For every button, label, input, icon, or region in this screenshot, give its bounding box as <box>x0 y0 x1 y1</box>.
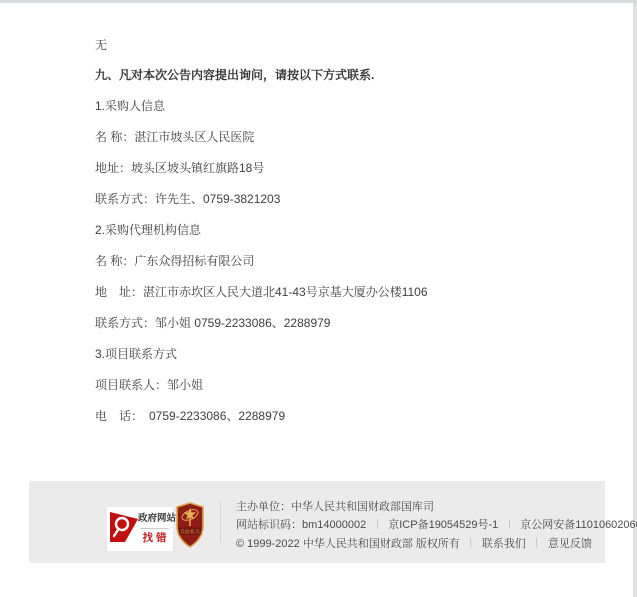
feedback-link[interactable]: 意见反馈 <box>548 538 592 550</box>
police-record-link[interactable]: 京公网安备11010602060068号 <box>520 519 637 531</box>
shield-icon: 党政机关 <box>175 502 205 548</box>
separator: ｜ <box>460 539 482 550</box>
purchaser-address: 地址：坡头区坡头镇红旗路18号 <box>95 160 264 176</box>
copyright-text: © 1999-2022 中华人民共和国财政部 版权所有 <box>236 538 460 550</box>
separator: ｜ <box>366 520 388 531</box>
error-logo-line2: 找错 <box>138 531 171 545</box>
project-phone: 电 话： 0759-2233086、2288979 <box>95 408 285 424</box>
contact-section-heading: 九、凡对本次公告内容提出询问，请按以下方式联系. <box>95 67 374 83</box>
magnifier-flag-icon <box>108 510 140 555</box>
purchaser-name: 名 称：湛江市坡头区人民医院 <box>95 129 254 145</box>
project-section-title: 3.项目联系方式 <box>95 346 177 362</box>
footer-copyright-line: © 1999-2022 中华人民共和国财政部 版权所有｜联系我们｜意见反馈 <box>236 535 637 553</box>
page: { "colors": { "accent_red": "#c00f0e", "… <box>0 0 637 597</box>
purchaser-contact: 联系方式：许先生、0759-3821203 <box>95 191 280 207</box>
attachment-none-text: 无 <box>95 37 107 53</box>
party-gov-org-badge[interactable]: 党政机关 <box>175 502 205 548</box>
agency-contact: 联系方式：邹小姐 0759-2233086、2288979 <box>95 315 330 331</box>
purchaser-section-title: 1.采购人信息 <box>95 98 165 114</box>
error-logo-divider <box>140 528 169 529</box>
project-contact-person: 项目联系人：邹小姐 <box>95 377 203 393</box>
error-report-logo-text: 政府网站 找错 <box>138 512 171 545</box>
gov-badge-label: 党政机关 <box>180 528 200 535</box>
footer-id-line: 网站标识码：bm14000002｜京ICP备19054529号-1｜京公网安备1… <box>236 516 637 534</box>
separator: ｜ <box>526 539 548 550</box>
icp-license-link[interactable]: 京ICP备19054529号-1 <box>388 519 498 531</box>
footer-vertical-divider <box>220 502 221 543</box>
footer-host-line: 主办单位：中华人民共和国财政部国库司 <box>236 498 637 516</box>
agency-name: 名 称：广东众得招标有限公司 <box>95 253 254 269</box>
error-logo-line1: 政府网站 <box>138 512 171 526</box>
agency-section-title: 2.采购代理机构信息 <box>95 222 201 238</box>
site-footer: 政府网站 找错 党政机关 主办单位：中华人民共和国财政部国库司 网站标识码：bm… <box>29 481 605 563</box>
footer-info: 主办单位：中华人民共和国财政部国库司 网站标识码：bm14000002｜京ICP… <box>236 498 637 553</box>
contact-us-link[interactable]: 联系我们 <box>482 538 526 550</box>
agency-address: 地 址：湛江市赤坎区人民大道北41-43号京基大厦办公楼1106 <box>95 284 428 300</box>
separator: ｜ <box>498 520 520 531</box>
gov-site-error-report-logo[interactable]: 政府网站 找错 <box>107 507 173 551</box>
window-top-border <box>0 0 637 3</box>
host-unit-text: 主办单位：中华人民共和国财政部国库司 <box>236 501 434 513</box>
site-id-text: 网站标识码：bm14000002 <box>236 519 366 531</box>
